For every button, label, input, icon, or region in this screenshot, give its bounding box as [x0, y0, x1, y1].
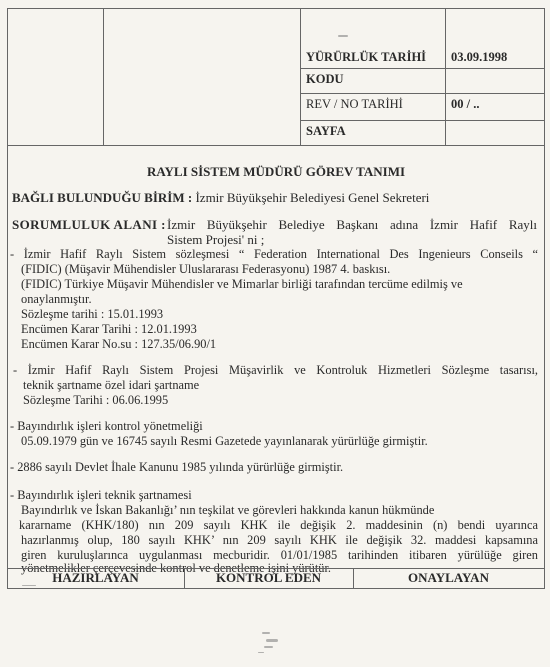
title-cell-divider — [300, 8, 301, 145]
unit-label: BAĞLI BULUNDUĞU BİRİM : — [12, 190, 192, 205]
document-title: RAYLI SİSTEM MÜDÜRÜ GÖREV TANIMI — [7, 164, 545, 180]
responsibility-line-1: İzmir Büyükşehir Belediye Başkanı adına … — [167, 217, 537, 233]
effective-date-value: 03.09.1998 — [451, 50, 507, 65]
scan-mark — [22, 585, 36, 586]
responsibility-label: SORUMLULUK ALANI : — [12, 217, 166, 233]
section-line: Sözleşme tarihi : 15.01.1993 — [21, 307, 163, 323]
scan-mark — [266, 639, 278, 642]
header-bottom-border — [7, 145, 545, 146]
section-line: Sözleşme Tarihi : 06.06.1995 — [23, 393, 168, 409]
responsibility-line-2: Sistem Projesi' ni ; — [167, 232, 264, 248]
page-left-border — [7, 8, 8, 588]
section-line: hazırlanmış olup, 180 sayılı KHK’ nın 20… — [21, 533, 538, 549]
section-line: 05.09.1979 gün ve 16745 sayılı Resmi Gaz… — [21, 434, 428, 450]
row-divider-3 — [300, 120, 545, 121]
scan-mark — [262, 632, 270, 634]
section-line: Bayındırlık ve İskan Bakanlığı’ nın teşk… — [21, 503, 434, 519]
effective-date-label: YÜRÜRLÜK TARİHİ — [306, 50, 426, 65]
row-divider-1 — [300, 68, 545, 69]
scan-smudge — [338, 35, 348, 37]
page-label: SAYFA — [306, 124, 346, 139]
page-right-border — [544, 8, 545, 588]
scan-mark — [258, 652, 264, 653]
revision-label: REV / NO TARİHİ — [306, 97, 403, 112]
footer-bottom-border — [7, 588, 545, 589]
footer-checked-by: KONTROL EDEN — [184, 569, 353, 587]
section-line: - 2886 sayılı Devlet İhale Kanunu 1985 y… — [10, 460, 343, 476]
value-col-divider — [445, 8, 446, 145]
section-line: (FIDIC) (Müşavir Mühendisler Uluslararas… — [21, 262, 390, 278]
section-line: kararname (KHK/180) nın 209 sayılı KHK i… — [19, 518, 538, 534]
section-line: - İzmir Hafif Raylı Sistem Projesi Müşav… — [13, 363, 538, 379]
unit-value: İzmir Büyükşehir Belediyesi Genel Sekret… — [195, 190, 429, 205]
revision-value: 00 / .. — [451, 97, 479, 112]
section-line: - İzmir Hafif Raylı Sistem sözleşmesi “ … — [10, 247, 538, 263]
scan-mark — [264, 646, 273, 648]
footer-approved-by: ONAYLAYAN — [353, 569, 544, 587]
section-line: - Bayındırlık işleri kontrol yönetmeliği — [10, 419, 203, 435]
unit-row: BAĞLI BULUNDUĞU BİRİM : İzmir Büyükşehir… — [12, 190, 429, 206]
header-top-border — [7, 8, 545, 9]
row-divider-2 — [300, 93, 545, 94]
section-line: Encümen Karar No.su : 127.35/06.90/1 — [21, 337, 216, 353]
section-line: teknik şartname özel idari şartname — [23, 378, 199, 394]
section-line: (FIDIC) Türkiye Müşavir Mühendisler ve M… — [21, 277, 463, 293]
logo-cell-divider — [103, 8, 104, 145]
section-line: - Bayındırlık işleri teknik şartnamesi — [10, 488, 192, 504]
section-line: Encümen Karar Tarihi : 12.01.1993 — [21, 322, 197, 338]
section-line: onaylanmıştır. — [21, 292, 92, 308]
code-label: KODU — [306, 72, 344, 87]
